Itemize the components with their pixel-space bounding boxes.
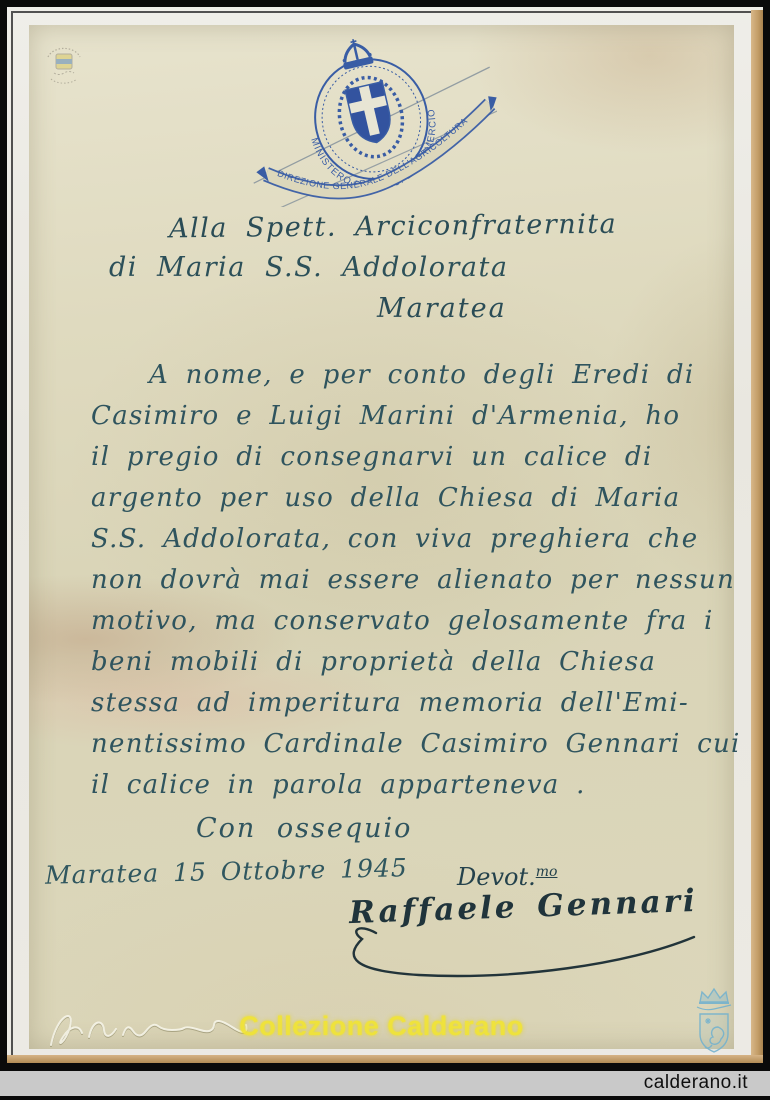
signature-flourish-icon — [324, 917, 704, 987]
valediction: Devot.mo — [457, 863, 557, 891]
watermark-text: Collezione Calderano — [29, 1011, 734, 1042]
dateline: Maratea 15 Ottobre 1945 — [45, 853, 408, 890]
footer-bar: calderano.it — [0, 1071, 770, 1096]
letter-body: A nome, e per conto degli Eredi di Casim… — [91, 355, 711, 806]
closing-line: Con ossequio — [196, 813, 412, 844]
framed-letter-photo: { "letter": { "address_lines": [ "Alla S… — [0, 0, 770, 1100]
body-line: stessa ad imperitura memoria dell'Emi- — [91, 683, 711, 724]
body-line: S.S. Addolorata, con viva preghiera che — [91, 519, 711, 560]
address-line-1: Alla Spett. Arciconfraternita — [169, 209, 618, 245]
body-line: argento per uso della Chiesa di Maria — [91, 478, 711, 519]
body-line: beni mobili di proprietà della Chiesa — [91, 642, 711, 683]
address-line-2: di Maria S.S. Addolorata — [109, 252, 508, 283]
ministry-stamp-icon: MINISTERO DI AGRIC. E COMMERCIO DIREZION… — [247, 37, 497, 207]
letter-page: MINISTERO DI AGRIC. E COMMERCIO DIREZION… — [29, 25, 734, 1049]
corner-stamp-icon — [41, 37, 87, 91]
frame-wood-edge-right — [751, 10, 763, 1062]
address-line-3: Maratea — [377, 293, 507, 324]
body-line: il calice in parola apparteneva . — [91, 765, 711, 806]
body-line: nentissimo Cardinale Casimiro Gennari cu… — [91, 724, 711, 765]
body-line: motivo, ma conservato gelosamente fra i — [91, 601, 711, 642]
body-line: Casimiro e Luigi Marini d'Armenia, ho — [91, 396, 711, 437]
valediction-superscript: mo — [536, 864, 558, 880]
body-line: il pregio di consegnarvi un calice di — [91, 437, 711, 478]
valediction-base: Devot. — [457, 863, 536, 891]
site-label: calderano.it — [644, 1072, 748, 1094]
body-line: non dovrà mai essere alienato per nessun — [91, 560, 711, 601]
body-line: A nome, e per conto degli Eredi di — [91, 355, 711, 396]
